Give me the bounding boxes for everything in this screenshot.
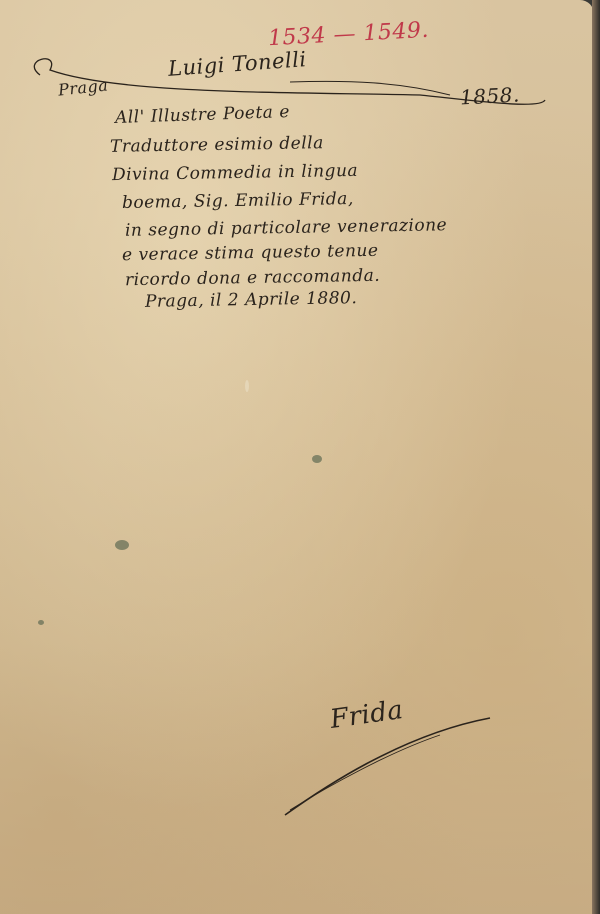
red-date-annotation: 1534 — 1549. xyxy=(267,18,429,51)
paper-stain xyxy=(115,540,129,550)
dedication-line-6: e verace stima questo tenue xyxy=(122,241,379,265)
page-edge xyxy=(592,0,600,914)
paper-stain xyxy=(312,455,322,463)
dedication-line-7: ricordo dona e raccomanda. xyxy=(125,266,381,290)
dedication-line-1: All' Illustre Poeta e xyxy=(115,102,290,128)
paper-stain xyxy=(38,620,44,625)
dedication-line-3: Divina Commedia in lingua xyxy=(112,161,358,185)
document-page: 1534 — 1549. Praga Luigi Tonelli 1858. A… xyxy=(0,0,594,914)
dedication-line-4: boema, Sig. Emilio Frida, xyxy=(122,189,354,213)
paper-mark xyxy=(245,380,249,392)
header-year: 1858. xyxy=(459,82,520,109)
dedication-line-5: in segno di particolare venerazione xyxy=(125,215,447,241)
header-author: Luigi Tonelli xyxy=(167,47,307,81)
header-place: Praga xyxy=(57,75,109,99)
dedication-line-8: Praga, il 2 Aprile 1880. xyxy=(145,288,358,312)
signature: Frida xyxy=(328,695,405,735)
dedication-line-2: Traduttore esimio della xyxy=(110,133,324,157)
